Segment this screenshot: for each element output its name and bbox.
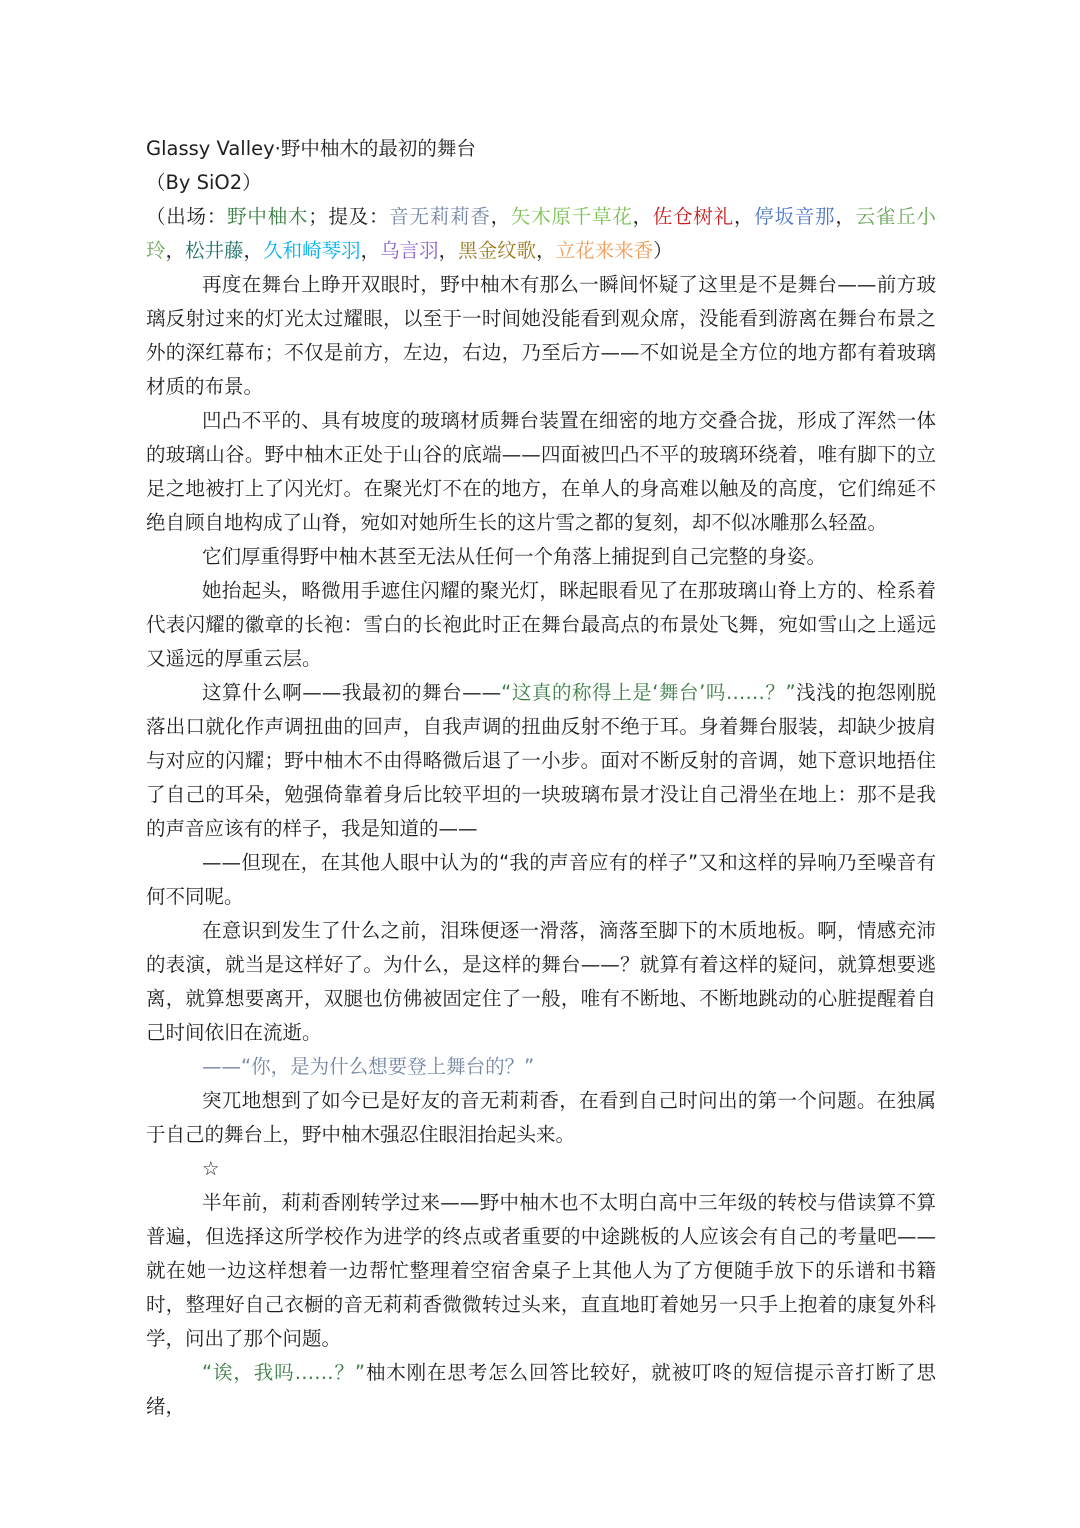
body-paragraph: “诶，我吗……？”柚木刚在思考怎么回答比较好，就被叮咚的短信提示音打断了思绪， [146, 1356, 936, 1424]
dialogue-line: ——“你，是为什么想要登上舞台的？” [146, 1050, 936, 1084]
character-teisaka-onna: 停坂音那 [754, 205, 835, 228]
text-run: （出场： [146, 205, 227, 228]
text-run: 突兀地想到了如今已是好友的音无莉莉香，在看到自己时问出的第一个问题。在独属于自己… [146, 1089, 936, 1146]
doc-title-text: Glassy Valley·野中柚木的最初的舞台 [146, 137, 476, 160]
body-paragraph: 它们厚重得野中柚木甚至无法从任何一个角落上捕捉到自己完整的身姿。 [146, 540, 936, 574]
character-ugen-u: 乌言羽 [380, 239, 439, 262]
text-run: ， [633, 205, 653, 228]
character-nonaka-yuzuki: 野中柚木 [227, 205, 308, 228]
body-paragraph: 凹凸不平的、具有坡度的玻璃材质舞台装置在细密的地方交叠合拢，形成了浑然一体的玻璃… [146, 404, 936, 540]
text-run: 半年前，莉莉香刚转学过来——野中柚木也不太明白高中三年级的转校与借读算不算普遍，… [146, 1191, 936, 1350]
scene-divider: ☆ [146, 1152, 936, 1186]
body-paragraph: 半年前，莉莉香刚转学过来——野中柚木也不太明白高中三年级的转校与借读算不算普遍，… [146, 1186, 936, 1356]
yuzuki-dialogue: “这真的称得上是‘舞台’吗……？” [501, 681, 795, 704]
text-run: 凹凸不平的、具有坡度的玻璃材质舞台装置在细密的地方交叠合拢，形成了浑然一体的玻璃… [146, 409, 936, 534]
document-body: Glassy Valley·野中柚木的最初的舞台（By SiO2）（出场：野中柚… [146, 132, 936, 1424]
text-run: ， [491, 205, 511, 228]
text-run: ， [166, 239, 186, 262]
text-run: ， [835, 205, 855, 228]
document-page: Glassy Valley·野中柚木的最初的舞台（By SiO2）（出场：野中柚… [0, 0, 1080, 1528]
ririka-dialogue: ——“你，是为什么想要登上舞台的？” [202, 1055, 534, 1078]
body-paragraph: 在意识到发生了什么之前，泪珠便逐一滑落，滴落至脚下的木质地板。啊，情感充沛的表演… [146, 914, 936, 1050]
character-matsui-fuji: 松井藤 [185, 239, 244, 262]
text-run: ；提及： [308, 205, 389, 228]
text-run: 浅浅的抱怨刚脱落出口就化作声调扭曲的回声，自我声调的扭曲反射不绝于耳。身着舞台服… [146, 681, 936, 840]
character-yagihara-chigusaka: 矢木原千草花 [511, 205, 633, 228]
text-run: ， [361, 239, 381, 262]
star-divider-glyph: ☆ [202, 1157, 219, 1180]
text-run: ） [653, 239, 673, 262]
text-run: 再度在舞台上睁开双眼时，野中柚木有那么一瞬间怀疑了这里是不是舞台——前方玻璃反射… [146, 273, 936, 398]
yuzuki-dialogue: “诶，我吗……？” [202, 1361, 365, 1384]
character-kurogane-ayaka: 黑金纹歌 [458, 239, 536, 262]
text-run: ， [536, 239, 556, 262]
text-run: 她抬起头，略微用手遮住闪耀的聚光灯，眯起眼看见了在那玻璃山脊上方的、栓系着代表闪… [146, 579, 936, 670]
character-tachibana-rairaka: 立花来来香 [556, 239, 654, 262]
character-otonashi-ririka: 音无莉莉香 [389, 205, 490, 228]
text-run: ， [439, 239, 459, 262]
text-run: ， [734, 205, 754, 228]
body-paragraph: 再度在舞台上睁开双眼时，野中柚木有那么一瞬间怀疑了这里是不是舞台——前方玻璃反射… [146, 268, 936, 404]
text-run: 这算什么啊——我最初的舞台—— [202, 681, 501, 704]
doc-title: Glassy Valley·野中柚木的最初的舞台 [146, 132, 936, 166]
text-run: ， [244, 239, 264, 262]
text-run: ——但现在，在其他人眼中认为的“我的声音应有的样子”又和这样的异响乃至噪音有何不… [146, 851, 936, 908]
byline: （By SiO2） [146, 166, 936, 200]
cast-list: （出场：野中柚木；提及：音无莉莉香，矢木原千草花，佐仓树礼，停坂音那，云雀丘小玲… [146, 200, 936, 268]
text-run: 在意识到发生了什么之前，泪珠便逐一滑落，滴落至脚下的木质地板。啊，情感充沛的表演… [146, 919, 936, 1044]
body-paragraph: 她抬起头，略微用手遮住闪耀的聚光灯，眯起眼看见了在那玻璃山脊上方的、栓系着代表闪… [146, 574, 936, 676]
body-paragraph: ——但现在，在其他人眼中认为的“我的声音应有的样子”又和这样的异响乃至噪音有何不… [146, 846, 936, 914]
body-paragraph: 突兀地想到了如今已是好友的音无莉莉香，在看到自己时问出的第一个问题。在独属于自己… [146, 1084, 936, 1152]
text-run: 它们厚重得野中柚木甚至无法从任何一个角落上捕捉到自己完整的身姿。 [202, 545, 826, 568]
character-sakura-juri: 佐仓树礼 [653, 205, 734, 228]
character-kuwasaki-kotoha: 久和崎琴羽 [263, 239, 361, 262]
byline-text: （By SiO2） [146, 171, 262, 194]
body-paragraph: 这算什么啊——我最初的舞台——“这真的称得上是‘舞台’吗……？”浅浅的抱怨刚脱落… [146, 676, 936, 846]
